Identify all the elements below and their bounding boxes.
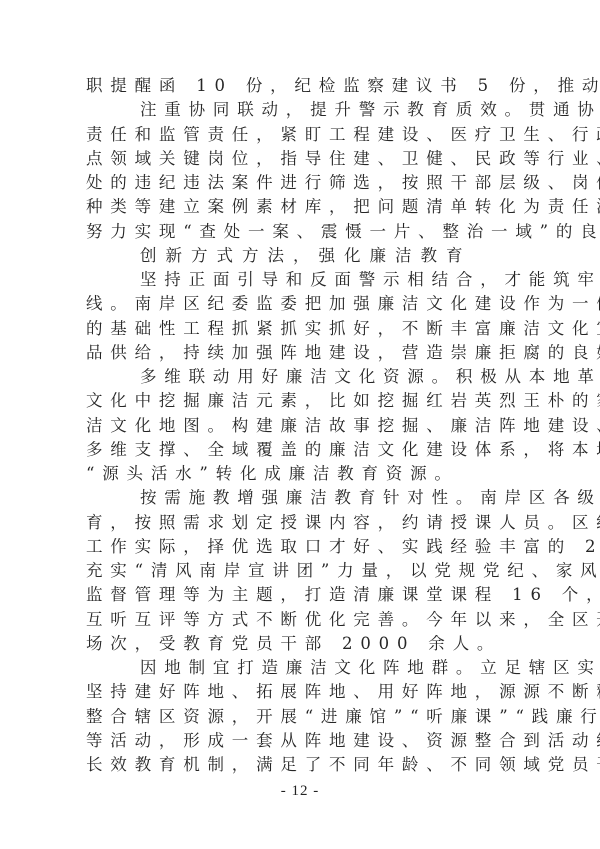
body-text-line: 多维支撑、全域覆盖的廉洁文化建设体系，将本地富含廉洁元素的 bbox=[86, 438, 522, 462]
body-text-line: 长效教育机制，满足了不同年龄、不同领域党员干部和公职人员的 bbox=[86, 753, 522, 777]
body-text-line: 洁文化地图。构建廉洁故事挖掘、廉洁阵地建设、廉洁宣讲传播等 bbox=[86, 414, 522, 438]
body-text-line: 工作实际，择优选取口才好、实践经验丰富的 22 名纪检监察干部 bbox=[86, 535, 522, 559]
body-text-line: 等活动，形成一套从阵地建设、资源整合到活动组织、浸润人心的 bbox=[86, 729, 522, 753]
body-text-line: 的基础性工程抓紧抓实抓好，不断丰富廉洁文化宣传教育载体和产 bbox=[86, 317, 522, 341]
paragraph-start-line: 多维联动用好廉洁文化资源。积极从本地革命文化、优秀传统 bbox=[86, 365, 522, 389]
document-page: 职提醒函 10 份，纪检监察建议书 5 份，推动完善制度机制 37 项。 注重协… bbox=[86, 74, 522, 777]
body-text-line: 种类等建立案例素材库，把问题清单转化为责任清单、整改清单， bbox=[86, 195, 522, 219]
paragraph-start-line: 坚持正面引导和反面警示相结合，才能筑牢拒腐防变思想防 bbox=[86, 268, 522, 292]
body-text-line: 努力实现“查处一案、震慑一片、整治一域”的良好效果。 bbox=[86, 220, 522, 244]
body-text-line: 监督管理等为主题，打造清廉课堂课程 16 个，并通过小班试讲、 bbox=[86, 583, 522, 607]
body-text-line: 处的违纪违法案件进行筛选，按照干部层级、岗位类别、违纪违法 bbox=[86, 171, 522, 195]
body-text-line: 整合辖区资源，开展“进廉馆”“听廉课”“践廉行”“传廉风” bbox=[86, 705, 522, 729]
paragraph-start-line: 注重协同联动，提升警示教育质效。贯通协同主体责任、监督 bbox=[86, 98, 522, 122]
page-number: - 12 - bbox=[0, 783, 600, 800]
body-text-line: 文化中挖掘廉洁元素，比如挖掘红岩英烈王朴的家风故事、制作廉 bbox=[86, 389, 522, 413]
body-text-line: 线。南岸区纪委监委把加强廉洁文化建设作为一体推进“三不腐” bbox=[86, 292, 522, 316]
body-text-line: 坚持建好阵地、拓展阵地、用好阵地，源源不断释放“廉动力”。 bbox=[86, 680, 522, 704]
paragraph-start-line: 因地制宜打造廉洁文化阵地群。立足辖区实际，紧贴受众需求， bbox=[86, 656, 522, 680]
body-text-line: 互听互评等方式不断优化完善。今年以来，全区开展按需授课 15 bbox=[86, 608, 522, 632]
body-text-line: 育，按照需求划定授课内容，约请授课人员。区纪委监委立足宣讲 bbox=[86, 511, 522, 535]
paragraph-start-line: 按需施教增强廉洁教育针对性。南岸区各级党组织加强纪律教 bbox=[86, 486, 522, 510]
section-heading: 创新方式方法，强化廉洁教育 bbox=[86, 244, 522, 268]
body-text-line: 品供给，持续加强阵地建设，营造崇廉拒腐的良好风尚。 bbox=[86, 341, 522, 365]
body-text-line: 点领域关键岗位，指导住建、卫健、民政等行业、系统对近年来查 bbox=[86, 147, 522, 171]
body-text-line: 充实“清风南岸宣讲团”力量，以党规党纪、家风家教、年轻干部 bbox=[86, 559, 522, 583]
body-text-line: 责任和监管责任，紧盯工程建设、医疗卫生、行政审批与执法等重 bbox=[86, 123, 522, 147]
body-text-line: 职提醒函 10 份，纪检监察建议书 5 份，推动完善制度机制 37 项。 bbox=[86, 74, 522, 98]
body-text-line: 场次，受教育党员干部 2000 余人。 bbox=[86, 632, 522, 656]
body-text-line: “源头活水”转化成廉洁教育资源。 bbox=[86, 462, 522, 486]
